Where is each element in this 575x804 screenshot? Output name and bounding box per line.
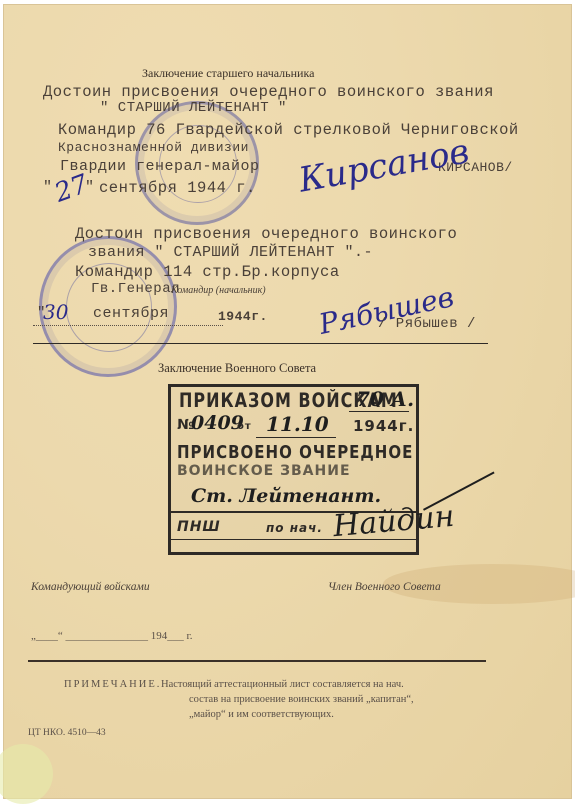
signature-stroke [423, 471, 495, 510]
corps-commander-line1: Достоин присвоения очередного воинского [75, 225, 457, 243]
corps-commander-date-day: 30 [43, 300, 68, 324]
council-date-blank: „____“ _______________ 194___ г. [31, 630, 193, 642]
corps-commander-name: / Рябышев / [378, 316, 476, 332]
attestation-sheet-page: Заключение старшего начальника Достоин п… [3, 4, 572, 799]
stamp-footer-role: ПНШ [177, 519, 221, 535]
senior-commander-date: сентября 1944 г. [99, 179, 256, 197]
note-line2: состав на присвоение воинских званий „ка… [189, 694, 414, 705]
senior-commander-line4: Краснознаменной дивизии [58, 140, 249, 155]
stamp-blank-line [256, 437, 336, 438]
senior-commander-heading: Заключение старшего начальника [142, 66, 314, 81]
date-quote-close: " [85, 179, 95, 196]
corps-commander-rank: звания " СТАРШИЙ ЛЕЙТЕНАНТ ".- [88, 244, 373, 261]
senior-commander-line1: Достоин присвоения очередного воинского … [43, 83, 494, 101]
senior-commander-rank: " СТАРШИЙ ЛЕЙТЕНАНТ " [100, 100, 287, 116]
footer-divider [28, 660, 486, 662]
stamp-order-date: 11.10 [266, 412, 329, 436]
commander-label: Командующий войсками [31, 581, 150, 593]
stamp-year: 1944г. [353, 417, 414, 435]
stamp-footer-suffix: по нач. [266, 521, 323, 535]
stamp-army: 70 А. [356, 387, 414, 411]
stamp-rank-label: ВОИНСКОЕ ЗВАНИЕ [177, 463, 351, 479]
military-council-heading: Заключение Военного Совета [158, 361, 316, 376]
section-divider [33, 343, 488, 344]
date-underline [33, 325, 223, 326]
council-member-label: Член Военного Совета [328, 581, 441, 593]
corps-commander-line3: Командир 114 стр.Бр.корпуса [75, 263, 340, 281]
corps-commander-date-month: сентября [93, 305, 169, 322]
stamp-rank-handwritten: Ст. Лейтенант. [191, 485, 381, 507]
print-code: ЦТ НКО. 4510—43 [28, 728, 106, 738]
senior-commander-title: Гвардии генерал-майор [60, 158, 260, 175]
corps-commander-title: Гв.Генерал [91, 281, 180, 297]
note-label: ПРИМЕЧАНИЕ. [64, 679, 161, 690]
note-line3: „майор“ и им соответствующих. [189, 709, 334, 720]
senior-commander-signature: Кирсанов [296, 131, 472, 200]
paper-stain [0, 744, 53, 804]
stamp-from: от [237, 421, 252, 432]
stamp-awarded: ПРИСВОЕНО ОЧЕРЕДНОЕ [177, 441, 413, 463]
stamp-order-number: 0409 [191, 412, 244, 434]
corps-commander-caption: Командир (начальник) [171, 285, 266, 296]
stamp-blank-line [349, 411, 409, 412]
corps-commander-date-year: 1944г. [218, 309, 268, 324]
note-line1: Настоящий аттестационный лист составляет… [161, 679, 404, 690]
